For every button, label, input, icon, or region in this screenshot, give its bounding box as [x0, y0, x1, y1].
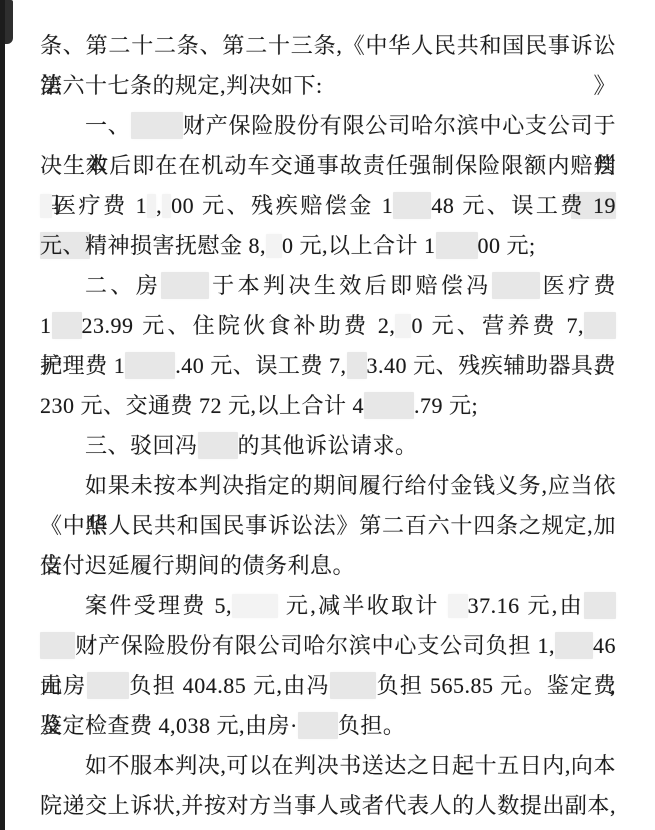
redaction-box — [492, 272, 540, 299]
redaction-box — [125, 352, 175, 379]
redaction-box — [232, 594, 278, 618]
redaction-box — [555, 632, 593, 659]
text-segment: 0 元、营养费 7, — [411, 313, 584, 338]
redaction-box — [87, 672, 129, 699]
document-line: 案件受理费 5, 元,减半收取计 37.16 元,由 — [40, 586, 616, 626]
judgment-page: 条、第二十二条、第二十三条,《中华人民共和国民事诉讼法》第六十七条的规定,判决如… — [0, 0, 655, 830]
redaction-box — [330, 672, 376, 699]
redaction-box — [147, 194, 156, 218]
text-segment: 1 — [40, 313, 52, 338]
text-segment: 第六十七条的规定,判决如下: — [40, 73, 323, 98]
redaction-box — [393, 192, 431, 219]
redaction-box — [52, 312, 82, 339]
text-segment: 财产保险股份有限公司哈尔滨中心支公司负担 1, — [75, 633, 555, 658]
document-line: 医疗费 1,00 元、残疾赔偿金 148 元、误工费 19 — [40, 186, 616, 226]
text-segment: 元、精神损害抚慰金 8, — [40, 233, 266, 258]
document-line: 条、第二十二条、第二十三条,《中华人民共和国民事诉讼法》 — [40, 26, 616, 66]
document-line: 三、驳回冯的其他诉讼请求。 — [40, 426, 616, 466]
text-segment: 48 元、误工费 19 — [431, 193, 616, 218]
redaction-box — [448, 594, 468, 618]
document-line: 决生效后即在在机动车交通事故责任强制保险限额内赔偿冯 — [40, 146, 616, 186]
text-segment: 的其他诉讼请求。 — [238, 433, 418, 458]
document-line: 如果未按本判决指定的期间履行给付金钱义务,应当依照 — [40, 466, 616, 506]
redaction-box — [584, 312, 616, 339]
document-line: 元、精神损害抚慰金 8,0 元,以上合计 100 元; — [40, 226, 616, 266]
text-segment: 00 元、残疾赔偿金 1 — [171, 193, 393, 218]
redaction-box — [347, 352, 367, 379]
text-segment: 负担 404.85 元,由冯 — [129, 673, 330, 698]
scan-corner-artifact — [0, 0, 13, 44]
text-segment: .79 元; — [414, 393, 478, 418]
document-line: 如不服本判决,可以在判决书送达之日起十五日内,向本 — [40, 746, 616, 786]
redaction-box — [436, 232, 478, 259]
document-line: 由房负担 404.85 元,由冯负担 565.85 元。鉴定费及 — [40, 666, 616, 706]
text-segment: 支付迟延履行期间的债务利息。 — [40, 553, 355, 578]
redaction-box — [395, 314, 411, 338]
document-line: 123.99 元、住院伙食补助费 2,0 元、营养费 7, 元、 — [40, 306, 616, 346]
document-line: 《中华人民共和国民事诉讼法》第二百六十四条之规定,加倍 — [40, 506, 616, 546]
document-line: 护理费 1.40 元、误工费 7,3.40 元、残疾辅助器具费 — [40, 346, 616, 386]
redaction-box — [298, 712, 338, 739]
text-segment: 于本判决生效后即赔偿冯 — [209, 273, 491, 298]
text-segment: 230 元、交通费 72 元,以上合计 4 — [40, 393, 364, 418]
document-line: 一、财产保险股份有限公司哈尔滨中心支公司于本判 — [40, 106, 616, 146]
text-segment: 案件受理费 5, — [85, 593, 232, 618]
document-line: 230 元、交通费 72 元,以上合计 4.79 元; — [40, 386, 616, 426]
redaction-box — [266, 234, 282, 258]
text-segment: 如不服本判决,可以在判决书送达之日起十五日内,向本 — [85, 753, 616, 778]
document-line: 支付迟延履行期间的债务利息。 — [40, 546, 616, 586]
document-body: 条、第二十二条、第二十三条,《中华人民共和国民事诉讼法》第六十七条的规定,判决如… — [40, 26, 616, 826]
text-segment: 护理费 1 — [40, 353, 125, 378]
redaction-box — [162, 194, 171, 218]
text-segment: 医疗费 — [540, 273, 616, 298]
text-segment: .40 元、误工费 7, — [175, 353, 346, 378]
text-segment: 0 元,以上合计 1 — [282, 233, 436, 258]
text-segment: 二、房 — [85, 273, 161, 298]
document-line: 二、房于本判决生效后即赔偿冯医疗费 — [40, 266, 616, 306]
redaction-box — [40, 632, 75, 659]
redaction-box — [40, 194, 52, 218]
text-segment: 医疗费 1 — [52, 193, 147, 218]
redaction-box — [131, 112, 183, 139]
text-segment: 00 元; — [478, 233, 536, 258]
text-segment: 鉴定检查费 4,038 元,由房· — [40, 713, 298, 738]
redaction-box — [198, 432, 238, 459]
scan-edge-artifact — [0, 0, 5, 830]
redaction-box — [584, 592, 616, 619]
text-segment: 三、驳回冯 — [85, 433, 198, 458]
text-segment: 37.16 元,由 — [468, 593, 584, 618]
text-segment: 院递交上诉状,并按对方当事人或者代表人的人数提出副本, — [40, 793, 616, 818]
text-segment: 3.40 元、残疾辅助器具费 — [367, 353, 616, 378]
document-line: 院递交上诉状,并按对方当事人或者代表人的人数提出副本, — [40, 786, 616, 826]
document-line: 财产保险股份有限公司哈尔滨中心支公司负担 1,46 元, — [40, 626, 616, 666]
text-segment: 元,减半收取计 — [278, 593, 448, 618]
document-line: 鉴定检查费 4,038 元,由房·负担。 — [40, 706, 616, 746]
text-segment: 负担。 — [338, 713, 406, 738]
text-segment: 一、 — [85, 113, 131, 138]
redaction-box — [161, 272, 209, 299]
text-segment: 由房 — [40, 673, 87, 698]
text-segment: 23.99 元、住院伙食补助费 2, — [82, 313, 396, 338]
redaction-box — [364, 392, 414, 419]
